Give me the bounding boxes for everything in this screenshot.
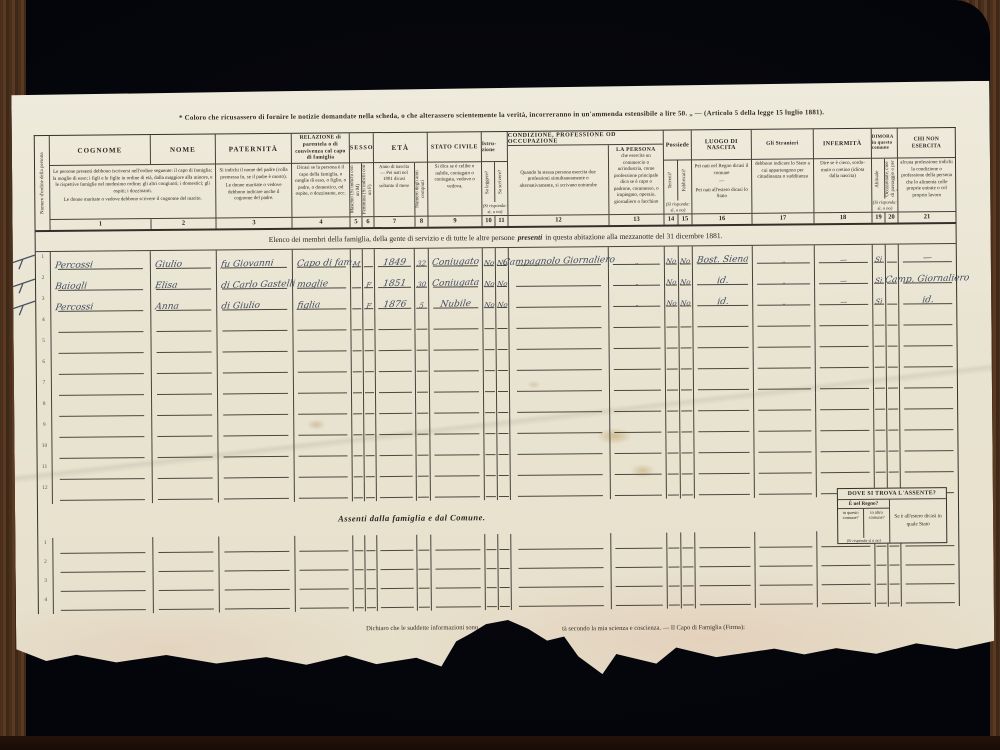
ruled-line [890,603,900,604]
cell [695,589,755,609]
cell [216,334,292,356]
handwritten-entry: Coniugata [431,279,479,289]
ruled-line [700,585,751,586]
cell [665,351,679,372]
condizione-13: LA PERSONA che esercita un commercio o u… [608,145,664,214]
possiede-fabbricati: Fabbricati? [677,160,691,200]
handwritten-entry: figlia [297,301,321,311]
ruled-line [875,388,885,389]
ruled-line [225,570,290,572]
ruled-line [681,347,692,348]
cell [666,532,680,551]
ruled-line [517,411,602,413]
cell [679,414,693,435]
ruled-line [435,587,481,588]
handwritten-entry: — [839,257,847,264]
handwritten-entry: Sì [875,299,883,306]
ruled-line [666,326,677,327]
cell [873,350,886,371]
sa-leggere: Sa leggere? [482,162,494,202]
cell [754,455,816,477]
ruled-line [681,389,692,390]
cell [350,333,362,354]
cell: 6 [37,357,51,378]
cell [376,554,416,573]
cell [217,376,293,398]
handwritten-entry: 5 [419,303,425,310]
cell [484,534,497,553]
cell [352,554,364,573]
col-num-12: 12 [508,215,608,226]
cell [152,536,218,556]
ruled-line [379,371,413,372]
ruled-line [352,287,361,288]
cell: — [814,245,872,267]
ruled-line [760,603,812,604]
cell [217,397,293,419]
cell [679,351,693,372]
ruled-line [500,587,510,588]
cell [814,308,872,330]
ruled-line [904,429,953,430]
ruled-line [517,390,602,392]
cell: Sì [872,245,885,266]
ruled-line [905,545,954,546]
ruled-line [223,393,288,395]
ruled-line [699,494,750,495]
ruled-line [820,388,869,389]
ruled-line [433,349,479,350]
cell [752,308,814,330]
cell [511,571,611,591]
col-num-17: 17 [752,213,813,224]
handwritten-entry: No [680,279,691,286]
cell: Coniugato [428,248,482,269]
cell [754,476,816,498]
col-infermita: INFERMITÀ Dire se è cieco, sordo-muto o … [813,129,872,224]
cell: — [814,266,872,288]
ruled-line [434,391,480,392]
ruled-line [417,434,428,435]
cell [610,457,666,478]
ruled-line [225,589,290,591]
ruled-line [517,453,602,455]
col-group-eta: ETÀ Anno di nascita — Pei nati nel 1881 … [373,133,428,227]
cell [482,332,495,353]
ruled-line [223,351,288,353]
cell [363,438,375,459]
handwritten-entry: „ [781,300,786,307]
cell [815,413,873,435]
cell [753,413,815,435]
ruled-line [668,547,679,548]
cell [681,589,695,608]
col-stranieri: Gli Stranieri debbono indicare lo Stato … [751,129,814,224]
cell [415,417,429,438]
col-num-5: 5 [350,217,361,227]
ruled-line [486,496,496,497]
declaration-part2: tà secondo la mia scienza e coscienza. —… [562,624,745,633]
cell [509,373,609,395]
cell [415,354,429,375]
ruled-line [59,352,144,354]
cell [497,458,510,479]
ruled-line [365,392,374,393]
cell [51,398,151,420]
ruled-line [498,412,508,413]
cell [508,289,608,311]
cell [294,480,352,502]
ruled-line [378,350,412,351]
infermita-title: INFERMITÀ [814,129,871,159]
handwritten-entry: Camp. Giornaliero [885,274,971,285]
cell [364,535,376,554]
sesso-title: SESSO [350,133,374,162]
handwritten-entry: Capo di fam. [296,259,355,270]
sesso-femmina: Femmina (Si indichi con un F) [361,163,373,216]
cell [417,592,431,611]
cell [665,435,679,456]
ruled-line [519,586,604,588]
ruled-line [890,584,900,585]
ruled-line [517,369,602,371]
cell [680,477,694,498]
cell [753,434,815,456]
ruled-line [485,391,495,392]
col-num-20: 20 [884,213,897,223]
handwritten-entry: Percossi [55,303,94,313]
ruled-line [681,431,692,432]
cell [875,569,888,588]
ruled-line [699,452,750,453]
cell [609,373,665,394]
cell: Campagnolo Giornaliero [508,247,608,269]
col-group-condizione: CONDIZIONE, PROFESSIONE OD OCCUPAZIONE Q… [507,131,664,226]
ruled-line [499,496,509,497]
nome-title: NOME [150,135,215,165]
ruled-line [758,388,810,389]
ruled-line [888,430,898,431]
cell [886,434,899,455]
ruled-line [500,606,510,607]
col-num-18: 18 [814,213,871,223]
cell [218,460,294,482]
cell [483,416,496,437]
cell: Elisa [150,272,216,294]
ruled-line [681,368,692,369]
handwritten-entry: 1849 [382,259,406,269]
cell: 1849 [374,249,414,270]
handwritten-entry: No [666,258,677,265]
cell [900,454,958,476]
cell: No [664,267,678,288]
cell [508,331,608,353]
ruled-line [518,495,603,497]
cell [365,592,377,611]
cell: Camp. Giornaliero [898,265,956,287]
cell [365,573,377,592]
ruled-line [758,346,810,347]
cell [886,350,899,371]
cell: Percossi [50,251,150,273]
stato-civile-title: STATO CIVILE [428,132,481,162]
ruled-line [759,493,811,494]
col-num-13: 13 [608,215,663,225]
col-num-15: 15 [677,214,691,224]
cell [353,573,365,592]
cell [376,480,416,501]
ruled-line [820,346,869,347]
ruled-line [60,478,145,480]
cell [498,572,511,591]
cell [510,478,610,500]
cell [610,533,666,552]
ruled-line [517,432,602,434]
cell [484,553,497,572]
col-num-16: 16 [692,214,751,225]
ruled-line [378,329,412,330]
handwritten-entry: No [496,281,507,288]
cell [898,307,956,329]
cell [609,415,665,436]
cell [816,550,874,570]
cell [496,374,509,395]
cell [899,412,957,434]
ruled-line [683,604,694,605]
ruled-line [485,433,495,434]
cell [374,333,414,354]
cell: 10 [37,441,51,462]
ruled-line [299,476,348,477]
cell [693,393,753,415]
cell [483,395,496,416]
col-group-sesso: SESSO Maschio (Si indichi con un M) Femm… [349,133,374,227]
cell: F [362,291,374,312]
assenti-heading: Assenti dalla famiglia e dal Comune. [338,512,485,523]
cell [511,590,611,610]
cell [350,291,362,312]
ruled-line [906,602,955,603]
cell [429,437,483,458]
cell [50,314,150,336]
dove-estero: Se è all'estero dicasi in quale Stato [890,499,946,542]
margin-tick-marks [9,247,40,317]
cell [376,459,416,480]
handwritten-entry: — [840,299,848,306]
ruled-line [518,548,603,550]
ruled-line [223,372,288,374]
handwritten-entry: „ [781,279,786,286]
ruled-line [698,326,749,327]
cell [695,570,755,590]
cell [53,575,153,595]
dove-si-trova-box: DOVE SI TROVA L'ASSENTE? È nel Regno? in… [837,487,947,544]
penalty-notice: * Coloro che ricusassero di fornire le n… [42,107,962,123]
cell: id. [898,286,956,308]
cell [153,593,219,613]
ruled-line [906,583,955,584]
cell [376,535,416,554]
ruled-line [759,472,811,473]
cell [680,532,694,551]
cell [293,396,351,418]
ruled-line [484,349,494,350]
col-group-possiede: Possiede Terreni? Fabbricati? (Si rispon… [663,130,692,224]
handwritten-entry: F [366,303,372,310]
ruled-line [59,415,144,417]
col-num-7: 7 [374,217,414,227]
cell [350,312,362,333]
ruled-line [682,473,693,474]
cell [496,353,509,374]
handwritten-entry: 30 [417,282,427,289]
ruled-line [485,370,495,371]
ruled-line [905,450,954,451]
ruled-line [760,565,812,566]
ruled-line [668,473,679,474]
ruled-line [874,325,884,326]
handwritten-entry: Coniugato [431,258,479,268]
cell: moglie [292,270,350,292]
cell [351,354,363,375]
dimora-abituale: Abituale [872,159,884,199]
cell: „ [608,247,664,268]
dove-regno: È nel Regno? in questo comune? in altro … [838,500,890,543]
cell [510,552,610,572]
ruled-line [298,350,347,351]
possiede-title: Possiede [664,130,691,159]
cell [51,356,151,378]
cell [429,353,483,374]
cell [377,592,417,611]
ruled-line [417,455,428,456]
ruled-line [156,373,212,374]
cell: 7 [37,378,51,399]
cell [510,457,610,479]
cell [510,533,610,553]
ruled-line [352,329,361,330]
handwritten-entry: — [922,254,932,263]
possiede-terreni: Terreni? [664,160,677,200]
cell: 3 [39,576,53,595]
ruled-line [667,389,678,390]
handwritten-entry: Elisa [154,282,178,292]
ruled-line [518,474,603,476]
ruled-line [299,497,348,498]
cell [362,249,374,270]
ruled-line [486,549,496,550]
cell [375,438,415,459]
cell [609,394,665,415]
ruled-line [821,451,870,452]
ruled-line [61,590,146,592]
cell [755,588,817,608]
cell [874,455,887,476]
cell: — [898,244,956,266]
dove-altro-comune: in altro comune? [863,509,889,538]
cell [679,393,693,414]
ruled-line [158,571,214,572]
cell: „ [752,266,814,288]
cell [430,534,484,553]
col-num-2: 2 [150,219,215,230]
ruled-line [380,497,414,498]
cell [888,569,901,588]
cell [899,349,957,371]
ruled-line [614,369,661,370]
ruled-line [58,331,143,333]
ruled-line [157,394,213,395]
paternita-title: PATERNITÀ [216,134,291,165]
cell [694,551,754,571]
ruled-line [417,413,428,414]
ruled-line [484,328,494,329]
ruled-line [888,451,898,452]
ruled-line [353,434,362,435]
cell [351,438,363,459]
ruled-line [876,546,886,547]
cell [151,377,217,399]
ruled-line [615,495,662,496]
ruled-line [759,430,811,431]
handwritten-entry: No [680,258,691,265]
cell [611,590,667,609]
cell [886,371,899,392]
eta-anno-nascita: Anno di nascita — Pei nati nel 1881 dica… [374,163,414,216]
condizione-12: Quando la stessa persona esercita due pr… [508,145,609,215]
cell [873,392,886,413]
cell [483,374,496,395]
col-num-10: 10 [482,216,494,226]
cell [693,414,753,436]
cell [217,355,293,377]
cell [753,371,815,393]
cell [483,437,496,458]
cell [887,455,900,476]
col-num-14: 14 [664,214,677,224]
handwritten-entry: Bost. Siena [696,255,749,265]
cell: „ [752,287,814,309]
ruled-line [380,550,414,551]
ruled-line [485,454,495,455]
cell [482,311,495,332]
ruled-line [379,413,413,414]
ruled-line [904,408,953,409]
ruled-line [224,435,289,437]
ruled-line [353,392,362,393]
cell [294,535,352,555]
handwritten-entry: M [352,261,360,268]
cell [692,309,752,331]
ruled-line [157,478,213,479]
ruled-line [681,452,692,453]
handwritten-entry: id. [921,296,934,305]
cell: 5 [414,291,428,312]
numero-ordine-label: Numero d'ordine della persona [39,136,45,230]
ruled-line [299,455,348,456]
ruled-line [519,605,604,607]
cell [667,589,681,608]
presenti-rows: 1PercossiGiuliofu GiovanniCapo di fam.M1… [36,244,958,504]
cell [666,551,680,570]
cell [887,550,900,569]
cell [363,354,375,375]
cell [52,461,152,483]
ruled-line [613,348,660,349]
cell [374,312,414,333]
cell [417,573,431,592]
ruled-line [516,306,601,308]
